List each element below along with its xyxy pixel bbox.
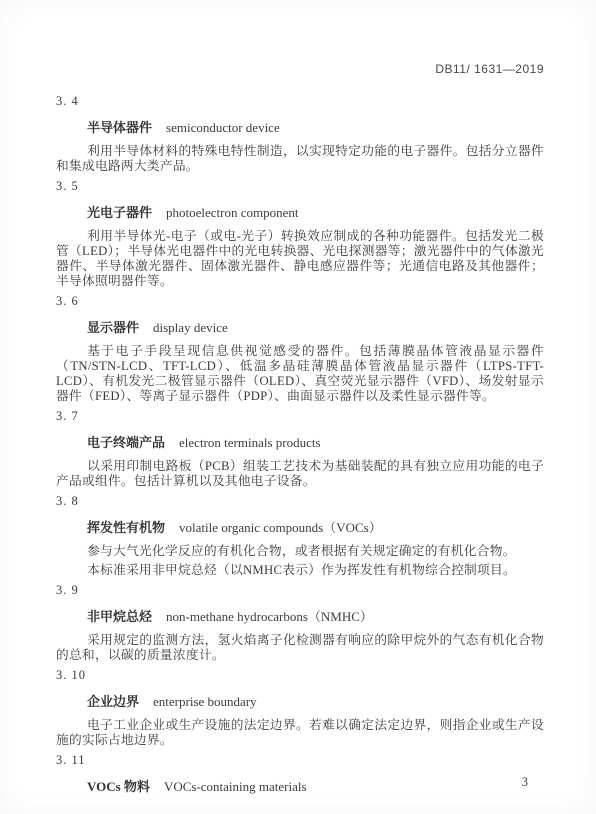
term-chinese: VOCs 物料: [87, 779, 150, 794]
section-number: 3. 7: [56, 409, 544, 424]
definition-paragraph: 本标准采用非甲烷总烃（以NMHC表示）作为挥发性有机物综合控制项目。: [56, 563, 544, 578]
section-number: 3. 11: [56, 753, 544, 768]
term-title: VOCs 物料VOCs-containing materials: [87, 779, 544, 794]
term-chinese: 半导体器件: [87, 120, 152, 135]
term-chinese: 挥发性有机物: [87, 520, 165, 535]
definition-paragraph: 利用半导体光-电子（或电-光子）转换效应制成的各种功能器件。包括发光二极管（LE…: [56, 229, 544, 289]
term-english: display device: [153, 320, 228, 335]
page-content: DB11/ 1631—2019 3. 4 半导体器件semiconductor …: [0, 0, 596, 794]
term-title: 光电子器件photoelectron component: [87, 205, 544, 220]
term-chinese: 光电子器件: [87, 205, 152, 220]
standard-number-header: DB11/ 1631—2019: [56, 62, 544, 77]
section-number: 3. 10: [56, 668, 544, 683]
page-number: 3: [522, 775, 528, 790]
term-chinese: 显示器件: [87, 320, 139, 335]
term-title: 企业边界enterprise boundary: [87, 694, 544, 709]
term-english: enterprise boundary: [153, 694, 257, 709]
term-english: VOCs-containing materials: [164, 779, 307, 794]
section-number: 3. 9: [56, 583, 544, 598]
term-title: 挥发性有机物volatile organic compounds（VOCs）: [87, 520, 544, 535]
section-number: 3. 5: [56, 179, 544, 194]
term-title: 电子终端产品electron terminals products: [87, 435, 544, 450]
term-english: non-methane hydrocarbons（NMHC）: [166, 609, 373, 624]
term-english: semiconductor device: [166, 120, 280, 135]
term-title: 非甲烷总烃non-methane hydrocarbons（NMHC）: [87, 609, 544, 624]
document-page: DB11/ 1631—2019 3. 4 半导体器件semiconductor …: [0, 0, 596, 814]
definition-paragraph: 以采用印制电路板（PCB）组装工艺技术为基础装配的具有独立应用功能的电子产品或组…: [56, 459, 544, 489]
term-title: 半导体器件semiconductor device: [87, 120, 544, 135]
term-chinese: 企业边界: [87, 694, 139, 709]
definition-paragraph: 电子工业企业或生产设施的法定边界。若难以确定法定边界，则指企业或生产设施的实际占…: [56, 718, 544, 748]
section-number: 3. 6: [56, 294, 544, 309]
term-english: photoelectron component: [166, 205, 299, 220]
section-number: 3. 8: [56, 494, 544, 509]
term-chinese: 非甲烷总烃: [87, 609, 152, 624]
definition-paragraph: 基于电子手段呈现信息供视觉感受的器件。包括薄膜晶体管液晶显示器件（TN/STN-…: [56, 344, 544, 404]
definition-paragraph: 利用半导体材料的特殊电特性制造，以实现特定功能的电子器件。包括分立器件和集成电路…: [56, 144, 544, 174]
term-english: electron terminals products: [179, 435, 321, 450]
definition-paragraph: 采用规定的监测方法，氢火焰离子化检测器有响应的除甲烷外的气态有机化合物的总和，以…: [56, 633, 544, 663]
term-english: volatile organic compounds（VOCs）: [179, 520, 382, 535]
section-number: 3. 4: [56, 94, 544, 109]
term-title: 显示器件display device: [87, 320, 544, 335]
definition-paragraph: 参与大气光化学反应的有机化合物，或者根据有关规定确定的有机化合物。: [56, 544, 544, 559]
term-chinese: 电子终端产品: [87, 435, 165, 450]
